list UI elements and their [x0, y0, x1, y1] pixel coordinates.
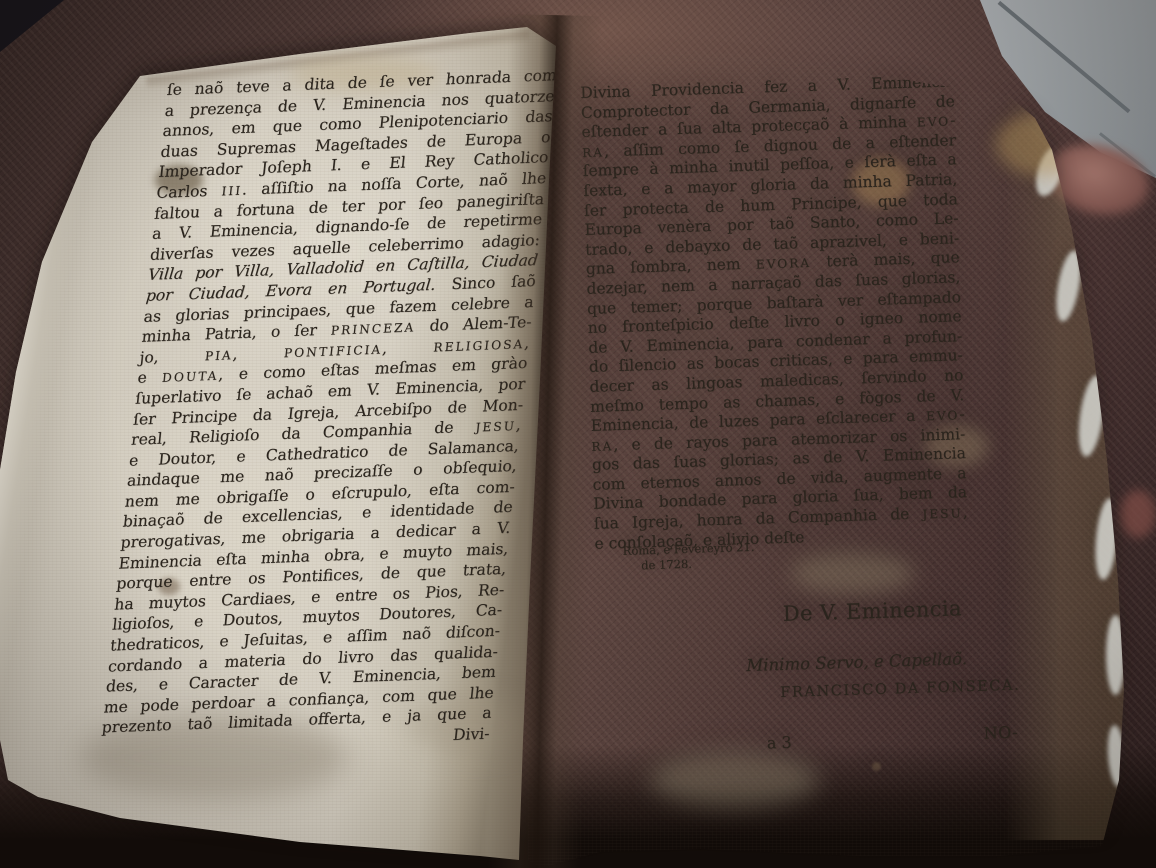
right-page-lines: Divina Providencia fez a V. EminenciaCom… [580, 70, 1025, 554]
signature-line: FRANCISCO DA FONSECA. [780, 677, 1021, 701]
right-text-block: Divina Providencia fez a V. EminenciaCom… [580, 70, 1032, 803]
left-page-lines: ſe naõ teve a dita de ſe ver honrada com… [101, 65, 558, 738]
signature-mark: a 3 [766, 733, 791, 753]
left-text-block: ſe naõ teve a dita de ſe ver honrada com… [99, 65, 558, 759]
deckle-edge [1106, 615, 1125, 695]
photo-scene: ſe naõ teve a dita de ſe ver honrada com… [0, 0, 1156, 868]
dateline-year: de 1728. [641, 557, 692, 573]
subscription-line: Minimo Servo, e Capellaõ. [746, 649, 967, 675]
catchword: NO- [983, 723, 1018, 743]
dedication-heading: De V. Eminencia [782, 596, 962, 626]
catchword: Divi- [452, 725, 490, 744]
left-page-fore-edge [0, 116, 94, 770]
dateline-place: Roma, e Fevereyro 21. [622, 540, 754, 558]
